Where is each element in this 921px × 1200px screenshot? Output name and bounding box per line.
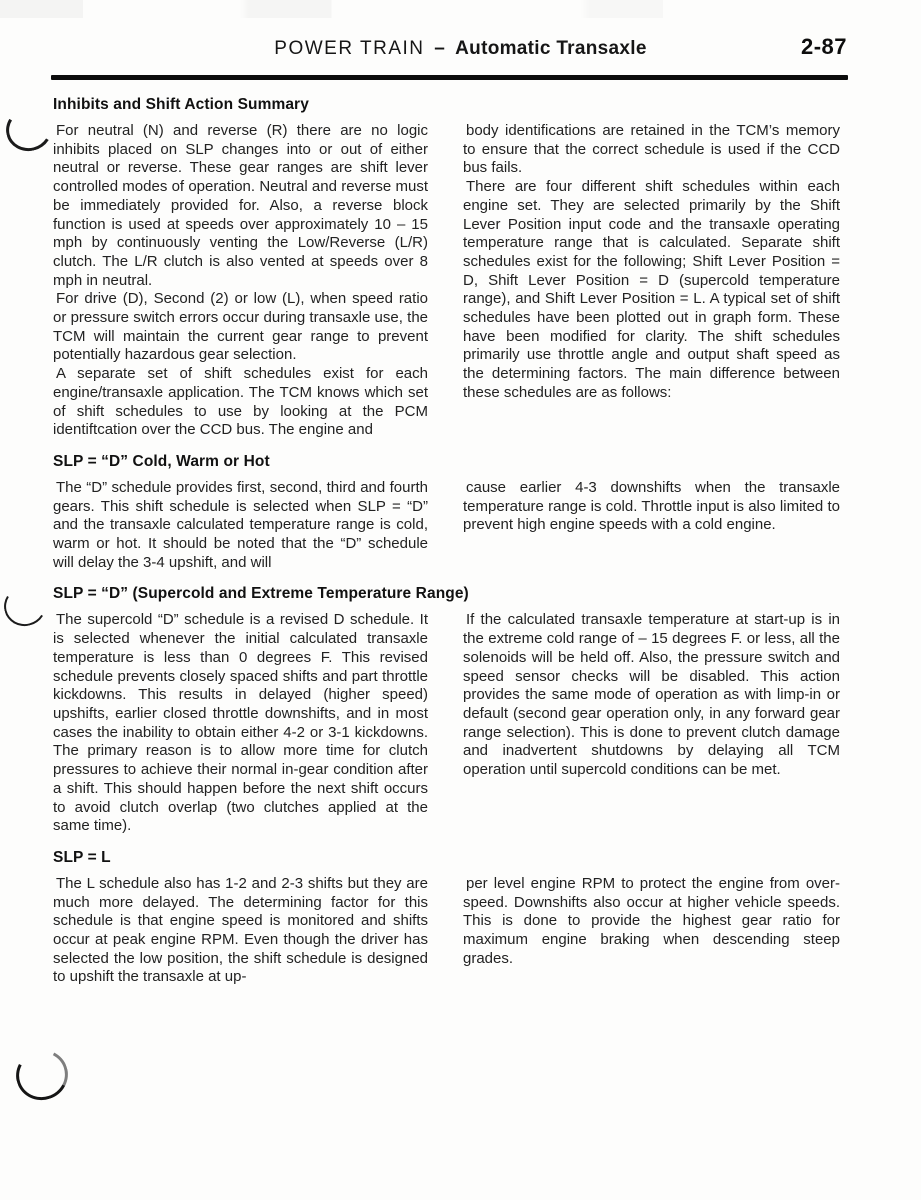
header-chapter-title: POWER TRAIN (274, 38, 424, 59)
section-heading-inhibits-summary: Inhibits and Shift Action Summary (53, 96, 840, 114)
right-column: If the calculated transaxle temperature … (463, 611, 840, 835)
header-rule (51, 75, 848, 80)
left-column: For neutral (N) and reverse (R) there ar… (53, 122, 428, 440)
left-column: The “D” schedule provides first, second,… (53, 479, 428, 573)
crescent-pen-mark-top (1, 103, 56, 156)
paragraph: There are four different shift schedules… (463, 178, 840, 402)
paragraph: body identifications are retained in the… (463, 122, 840, 178)
manual-page: POWER TRAIN – Automatic Transaxle 2-87 I… (0, 0, 921, 1200)
page-header: POWER TRAIN – Automatic Transaxle 2-87 (0, 0, 921, 68)
paragraph: A separate set of shift schedules exist … (53, 365, 428, 440)
section-slp-d-supercold: The supercold “D” schedule is a revised … (53, 611, 840, 835)
paragraph: The L schedule also has 1-2 and 2-3 shif… (53, 875, 428, 987)
header-dash: – (430, 38, 449, 59)
paragraph: cause earlier 4-3 downshifts when the tr… (463, 479, 840, 535)
section-slp-l: The L schedule also has 1-2 and 2-3 shif… (53, 875, 840, 987)
paragraph: per level engine RPM to protect the engi… (463, 875, 840, 969)
section-slp-d-cold-warm-hot: The “D” schedule provides first, second,… (53, 479, 840, 573)
section-inhibits-summary: For neutral (N) and reverse (R) there ar… (53, 122, 840, 440)
section-heading-slp-d-supercold: SLP = “D” (Supercold and Extreme Tempera… (53, 585, 840, 603)
crescent-pen-mark-middle (0, 582, 50, 631)
right-column: per level engine RPM to protect the engi… (463, 875, 840, 987)
right-column: body identifications are retained in the… (463, 122, 840, 440)
header-section-title: Automatic Transaxle (455, 38, 647, 59)
section-heading-slp-d-cold-warm-hot: SLP = “D” Cold, Warm or Hot (53, 453, 840, 471)
right-column: cause earlier 4-3 downshifts when the tr… (463, 479, 840, 573)
paragraph: If the calculated transaxle temperature … (463, 611, 840, 779)
crescent-pen-mark-bottom (10, 1043, 75, 1107)
page-content: Inhibits and Shift Action Summary For ne… (53, 96, 840, 987)
page-header-title: POWER TRAIN – Automatic Transaxle (0, 38, 921, 60)
paragraph: For drive (D), Second (2) or low (L), wh… (53, 290, 428, 365)
paragraph: For neutral (N) and reverse (R) there ar… (53, 122, 428, 290)
left-column: The L schedule also has 1-2 and 2-3 shif… (53, 875, 428, 987)
page-number: 2-87 (801, 34, 847, 60)
paragraph: The “D” schedule provides first, second,… (53, 479, 428, 573)
paragraph: The supercold “D” schedule is a revised … (53, 611, 428, 835)
section-heading-slp-l: SLP = L (53, 849, 840, 867)
left-column: The supercold “D” schedule is a revised … (53, 611, 428, 835)
